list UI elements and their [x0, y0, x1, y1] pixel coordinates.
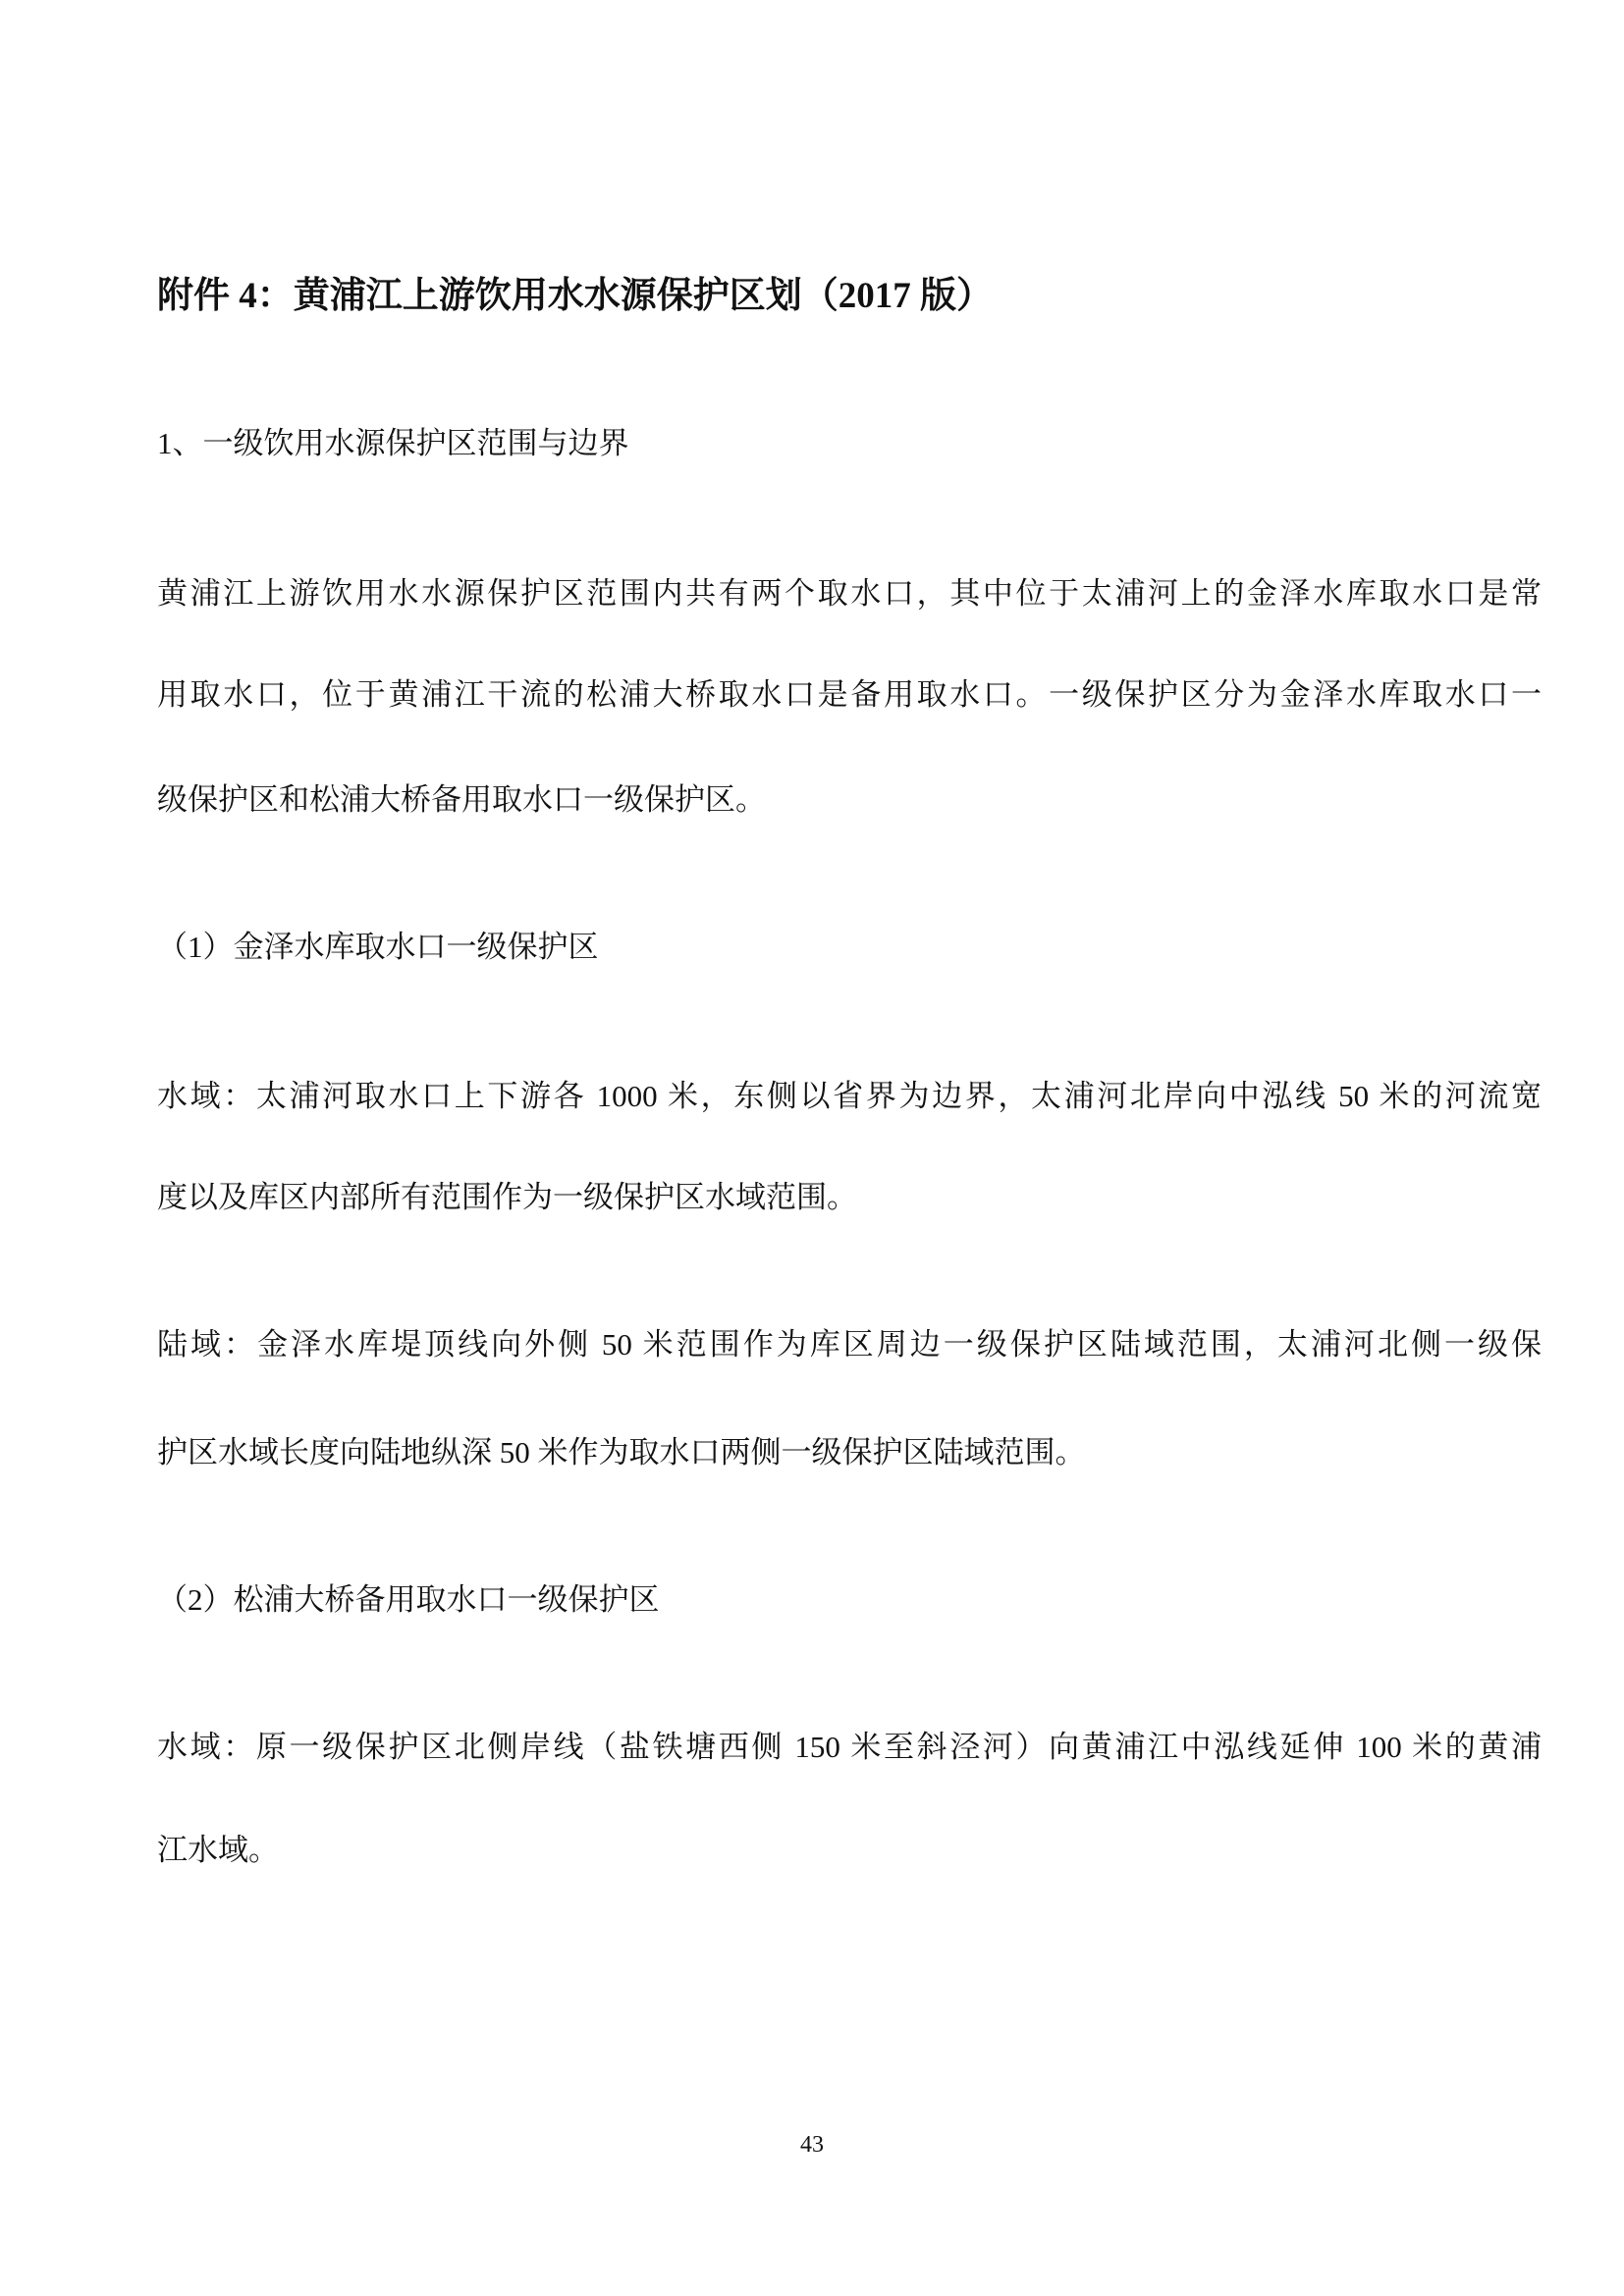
paragraph-line: 度以及库区内部所有范围作为一级保护区水域范围。: [157, 1178, 1542, 1217]
paragraph-line: 级保护区和松浦大桥备用取水口一级保护区。: [157, 780, 1542, 820]
paragraph-line: 用取水口，位于黄浦江干流的松浦大桥取水口是备用取水口。一级保护区分为金泽水库取水…: [157, 675, 1542, 715]
paragraph-line: 陆域：金泽水库堤顶线向外侧 50 米范围作为库区周边一级保护区陆域范围，太浦河北…: [157, 1325, 1542, 1364]
paragraph-line: 水域：太浦河取水口上下游各 1000 米，东侧以省界为边界，太浦河北岸向中泓线 …: [157, 1077, 1542, 1116]
paragraph-line: 江水域。: [157, 1831, 1542, 1870]
section-heading: 1、一级饮用水源保护区范围与边界: [157, 424, 1542, 463]
page-number: 43: [0, 2132, 1624, 2159]
subsection-heading: （2）松浦大桥备用取水口一级保护区: [157, 1580, 1542, 1620]
paragraph-line: 黄浦江上游饮用水水源保护区范围内共有两个取水口，其中位于太浦河上的金泽水库取水口…: [157, 574, 1542, 614]
paragraph-line: 水域：原一级保护区北侧岸线（盐铁塘西侧 150 米至斜泾河）向黄浦江中泓线延伸 …: [157, 1728, 1542, 1767]
paragraph-line: 护区水域长度向陆地纵深 50 米作为取水口两侧一级保护区陆域范围。: [157, 1433, 1542, 1472]
page-title: 附件 4：黄浦江上游饮用水水源保护区划（2017 版）: [157, 277, 1542, 316]
subsection-heading: （1）金泽水库取水口一级保护区: [157, 928, 1542, 967]
